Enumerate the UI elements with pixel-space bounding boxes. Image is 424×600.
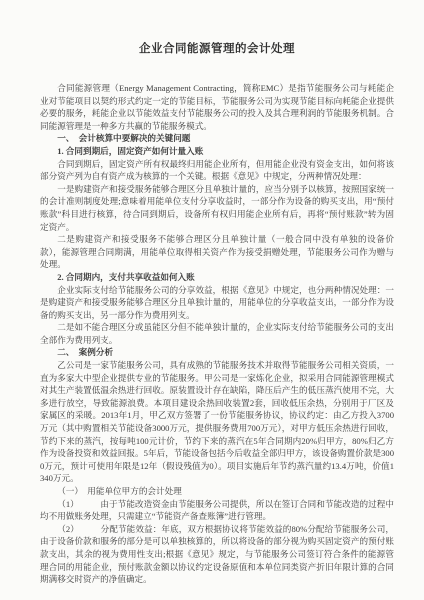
subsection-1-1-heading: 1. 合同到期后，固定资产如何计量入账 (40, 145, 394, 158)
paragraph-accounting-step-2: （2） 分配节能效益：年底，双方根据协议将节能效益的80%分配给节能服务公司，由… (40, 523, 394, 586)
document-page: 企业合同能源管理的会计处理 合同能源管理（Energy Management C… (0, 0, 424, 600)
section-1-heading: 一、 会计核算中要解决的关键问题 (40, 132, 394, 145)
paragraph-case-one: 一是购建资产和接受服务能够合理区分且单独计量的，应当分别予以核算，按照国家统一的… (40, 183, 394, 233)
paragraph-case-two: 二是购建资产和接受服务不能够合理区分且单独计量（一般合同中没有单独的设备价款），… (40, 233, 394, 271)
section-2-heading: 二、 案例分析 (40, 346, 394, 359)
intro-paragraph: 合同能源管理（Energy Management Contracting，简称E… (40, 82, 394, 132)
paragraph-shared-benefit-one: 企业实际支付给节能服务公司的分享效益，根据《意见》中规定，也分两种情况处理：一是… (40, 284, 394, 322)
subsection-1-2-heading: 2. 合同期内，支付共享收益如何入账 (40, 271, 394, 284)
doc-title: 企业合同能源管理的会计处理 (40, 42, 394, 56)
paragraph-shared-benefit-two: 二是如不能合理区分或虽能区分但不能单独计量的，企业实际支付给节能服务公司的支出全… (40, 321, 394, 346)
paragraph-case-study: 乙公司是一家节能服务公司，具有成熟的节能服务技术并取得节能服务公司相关资质，一直… (40, 359, 394, 485)
paragraph-accounting-step-1: （1） 由于节能改造资金由节能服务公司提供，所以在签订合同和节能改造的过程中均不… (40, 498, 394, 523)
subsection-2-1-heading: （一） 用能单位甲方的会计处理 (40, 485, 394, 498)
paragraph-contract-expiry: 合同到期后，固定资产所有权最终归用能企业所有，但用能企业没有资金支出，如何将该部… (40, 158, 394, 183)
